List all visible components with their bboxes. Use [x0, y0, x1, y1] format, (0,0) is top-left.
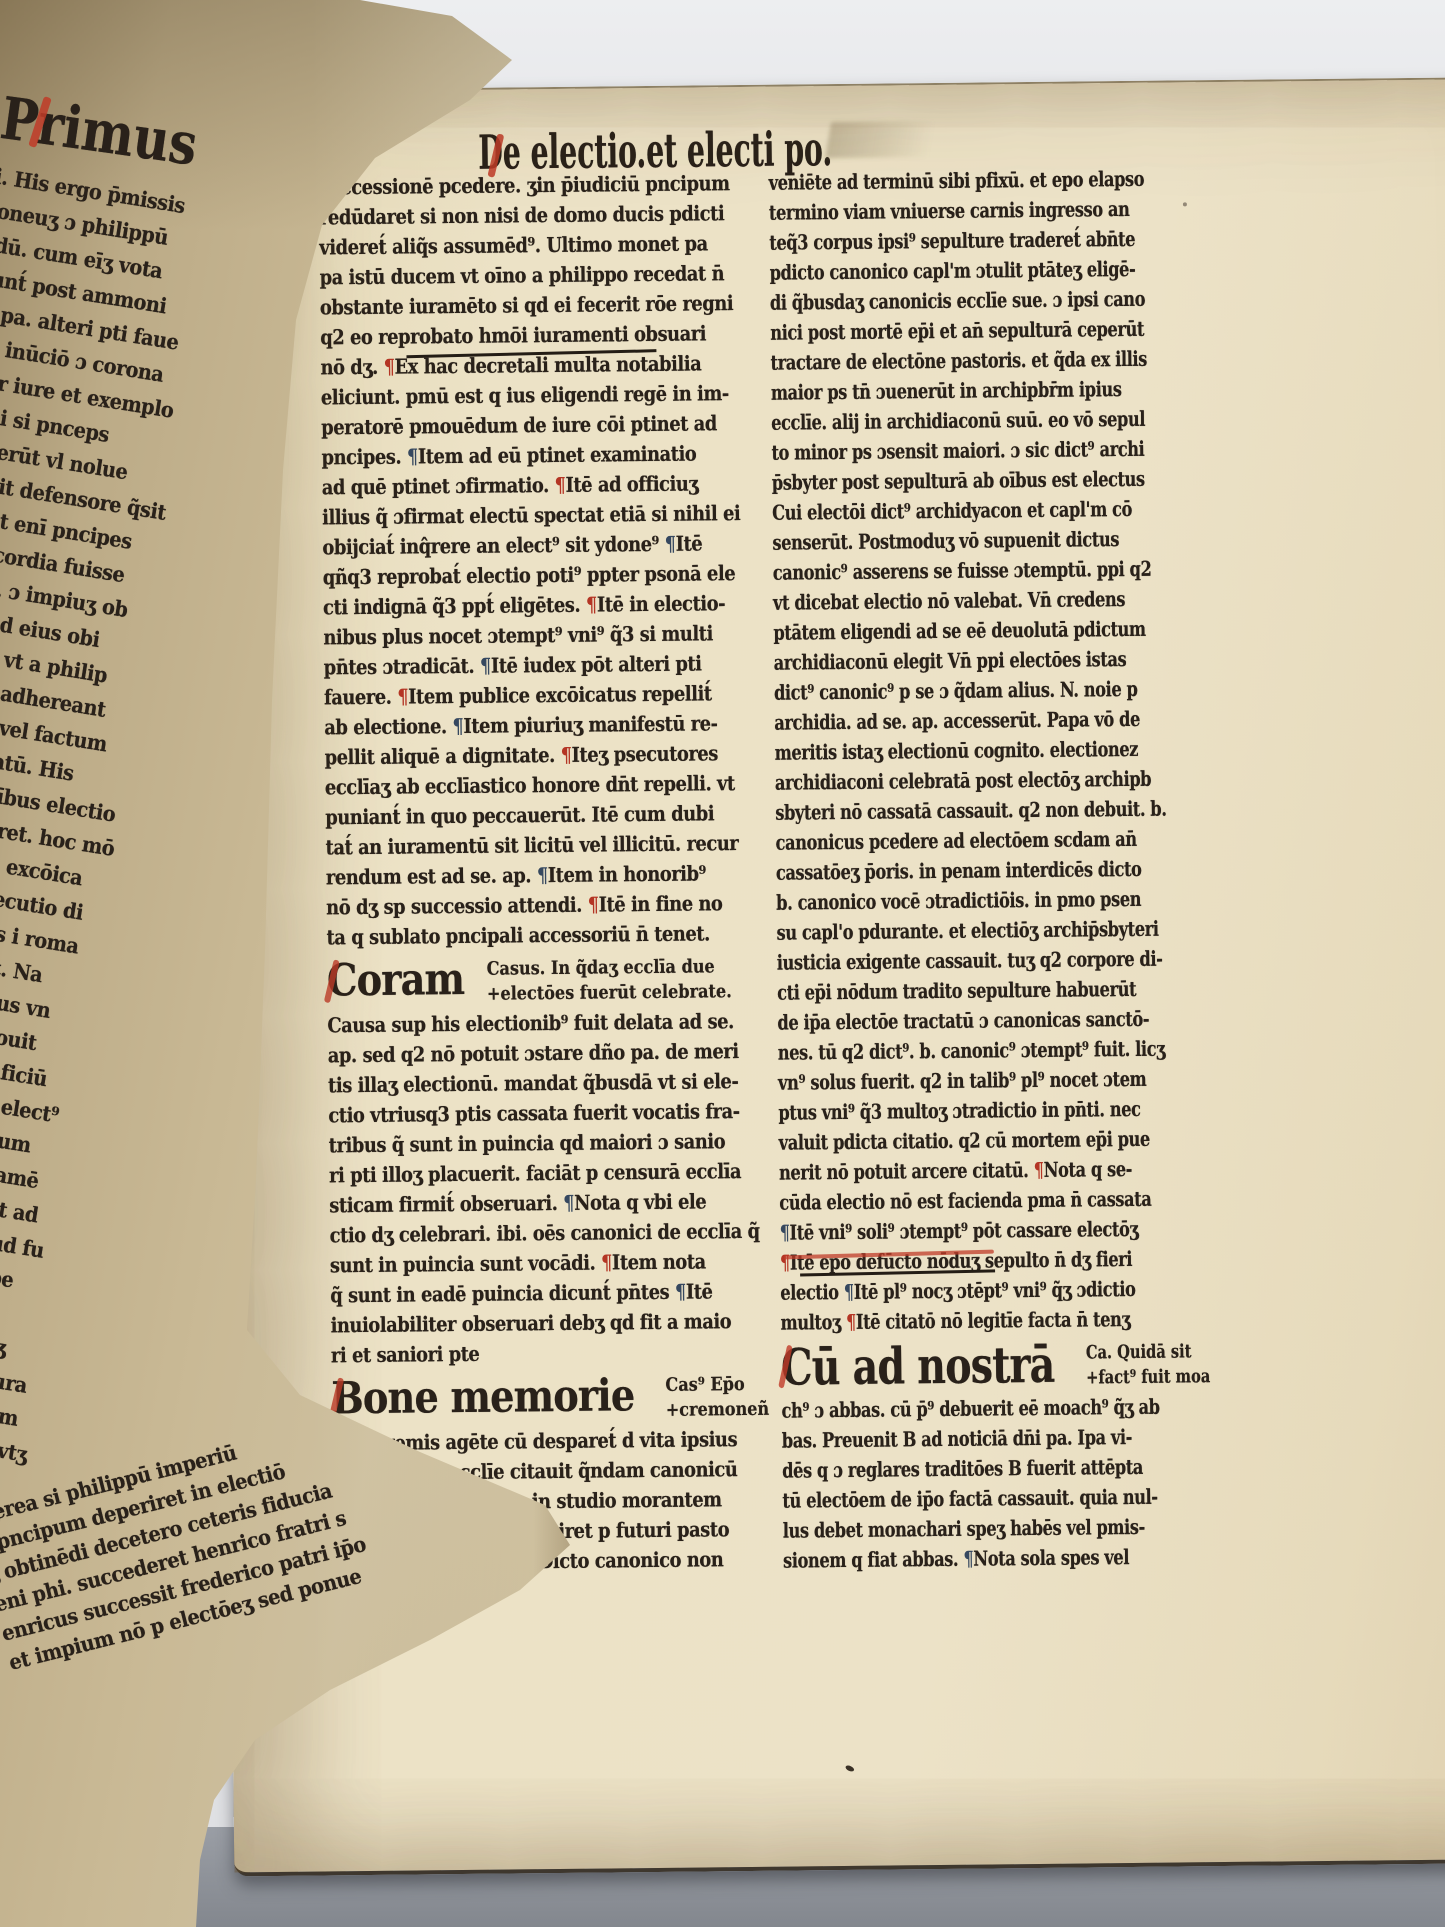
text-line: maior ps tn̄ ɔuenerūt in archipbr̄m ipiu… [771, 376, 1182, 410]
text-line: archidiaconū elegit Vn̄ ppi electōes ist… [774, 646, 1185, 680]
section-heading-bone-memorie: Bone memorie Cas⁹ Ep̄o +cremoneñ [331, 1369, 784, 1432]
text-line: tū electōem de ip̄o factā cassauit. quia… [782, 1484, 1193, 1518]
text-line: vt dicebat electio nō valebat. Vn̄ crede… [773, 586, 1184, 620]
text-line: ch⁹ ɔ abbas. cū p̄⁹ debuerit eē moach⁹ q… [781, 1394, 1192, 1428]
text-line: valuit pdicta citatio. q2 cū mortem ep̄i… [779, 1126, 1190, 1160]
text-line: puniant́ in quo peccauerūt. Itē cum dubi [325, 801, 778, 836]
pilcrow-mark: ¶ [452, 714, 463, 738]
pilcrow-mark: ¶ [588, 893, 599, 917]
text-line: obstante iuramēto si qd ei fecerit rōe r… [320, 291, 773, 326]
text-line: pdicto canonico capl'm ɔtulit ptāteʒ eli… [769, 256, 1180, 290]
text-line: termino viam vniuerse carnis ingresso an [769, 196, 1180, 230]
heading-caption: Ca. Quidā sit +fact⁹ fuit moa [1086, 1336, 1211, 1390]
text-block: successionē pcedere. ʒin p̄iudiciū pncip… [319, 171, 780, 956]
text-line: q̃ sunt in eadē puincia dicunt́ pn̄tes ¶… [330, 1279, 783, 1314]
text-line: tis illaʒ electionū. mandat q̃busdā vt s… [328, 1069, 781, 1104]
ink-speck [1183, 202, 1187, 206]
text-line: meritis istaʒ electionū cognito. electio… [775, 736, 1186, 770]
text-line: canonicus pcedere ad electōem scdam an̄ [775, 826, 1186, 860]
text-line: pa istū ducem vt oīno a philippo recedat… [320, 261, 773, 296]
text-line: videret́ aliq̃s assumēd⁹. Ultimo monet p… [319, 231, 772, 266]
text-block: ch⁹ ɔ abbas. cū p̄⁹ debuerit eē moach⁹ q… [781, 1394, 1194, 1578]
pilcrow-mark: ¶ [554, 473, 565, 497]
heading-caption: Casus. In q̃daʒ ecclīa due +electōes fue… [486, 951, 731, 1007]
text-line: su capl'o pdurante. et electiōʒ archip̄s… [776, 916, 1187, 950]
text-line: di q̃busdaʒ canonicis ecclīe sue. ɔ ipsi… [770, 286, 1181, 320]
text-line: ptātem eligendi ad se eē deuolutā pdictu… [773, 616, 1184, 650]
text-line: successionē pcedere. ʒin p̄iudiciū pncip… [319, 171, 772, 206]
section-heading-text: Bone memorie [331, 1370, 634, 1425]
text-line: p̄sbyter post sepulturā ab oībus est ele… [772, 466, 1183, 500]
text-line: ta q sublato pncipali accessoriū n̄ tene… [326, 921, 779, 956]
text-line: electio ¶Itē pl⁹ nocʒ ɔtēpt⁹ vni⁹ q̃ʒ ɔd… [780, 1276, 1191, 1310]
text-line: ri pti illoʒ placuerit. faciāt p censurā… [329, 1159, 782, 1194]
right-column: veniēte ad terminū sibi pfixū. et epo el… [769, 166, 1195, 1578]
pilcrow-mark: ¶ [563, 1191, 574, 1215]
caption-line: +electōes fuerūt celebrate. [487, 979, 732, 1007]
text-line: fauere. ¶Item publice excōicatus repelli… [324, 681, 777, 716]
text-line: ctio vtriusq3 ptis cassata fuerit vocati… [328, 1099, 781, 1134]
pilcrow-mark: ¶ [675, 1280, 686, 1304]
caption-line: Ca. Quidā sit [1086, 1339, 1210, 1365]
caption-line: +cremoneñ [666, 1397, 770, 1423]
text-line: Causa sup his electionib⁹ fuit delata ad… [327, 1009, 780, 1044]
text-line: ctio dʒ celebrari. ibi. oēs canonici de … [330, 1219, 783, 1254]
pilcrow-mark: ¶ [1034, 1158, 1044, 1182]
text-line: nerit nō potuit arcere citatū. ¶Nota q s… [779, 1156, 1190, 1190]
section-heading-coram: Coram Casus. In q̃daʒ ecclīa due +electō… [327, 951, 780, 1014]
text-line: iusticia exigente cassauit. tuʒ q2 corpo… [777, 946, 1188, 980]
text-line: obijciat́ inq̂rere an elect⁹ sit ydone⁹ … [322, 531, 775, 566]
text-line: dict⁹ canonic⁹ p se ɔ q̃dam alius. N. no… [774, 676, 1185, 710]
text-line: pn̄tes ɔtradicāt. ¶Itē iudex pōt alteri … [324, 651, 777, 686]
text-line: to minor ps ɔsensit maiori. ɔ sic dict⁹ … [771, 436, 1182, 470]
text-line: tat́ an iuramentū sit licitū vel illicit… [325, 831, 778, 866]
text-line: sbyteri nō cassatā cassauit. q2 non debu… [775, 796, 1186, 830]
text-line: illius q̃ ɔfirmat electū spectat etiā si… [322, 501, 775, 536]
text-line: Cui electōi dict⁹ archidyacon et capl'm … [772, 496, 1183, 530]
text-line: nō dʒ. ¶Ex hac decretali multa notabilia [320, 351, 773, 386]
pilcrow-mark: ¶ [480, 654, 491, 678]
section-heading-text: Cū ad nostrā [781, 1338, 1055, 1395]
text-line: ¶Itē vni⁹ soli⁹ ɔtempt⁹ pōt cassare elec… [780, 1216, 1191, 1250]
text-line: veniēte ad terminū sibi pfixū. et epo el… [769, 166, 1180, 200]
pilcrow-mark: ¶ [397, 685, 408, 709]
text-line: cassatōeʒ p̄oris. in penam interdicēs di… [776, 856, 1187, 890]
pilcrow-mark: ¶ [537, 863, 548, 887]
section-heading-text: Coram [327, 954, 465, 1007]
pilcrow-mark: ¶ [601, 1250, 612, 1274]
text-line: cūda electio nō est facienda pma n̄ cass… [779, 1186, 1190, 1220]
ink-speck [845, 1764, 855, 1772]
text-block: veniēte ad terminū sibi pfixū. et epo el… [769, 166, 1192, 1340]
text-line: inuiolabiliter obseruari debʒ qd fit a m… [330, 1309, 783, 1344]
pilcrow-mark: ¶ [846, 1310, 856, 1334]
text-line: lus debet monachari speʒ habēs vel pmis- [783, 1514, 1194, 1548]
pilcrow-mark: ¶ [384, 355, 395, 379]
text-line: nō dʒ sp successio attendi. ¶Itē in fine… [326, 891, 779, 926]
pilcrow-mark: ¶ [586, 593, 597, 617]
text-line: archidia. ad se. ap. accesserūt. Papa vō… [774, 706, 1185, 740]
pilcrow-mark: ¶ [780, 1251, 790, 1275]
text-line: q2 eo reprobato hmōi iuramenti obsuari [320, 321, 773, 356]
text-line: ad quē ptinet ɔfirmatio. ¶Itē ad officiu… [322, 471, 775, 506]
text-line: ab electione. ¶Item piuriuʒ manifestū re… [324, 711, 777, 746]
text-line: teq̃3 corpus ipsi⁹ sepulture traderet́ a… [769, 226, 1180, 260]
text-line: vn⁹ solus fuerit. q2 in talib⁹ pl⁹ nocet… [778, 1066, 1189, 1100]
pilcrow-mark: ¶ [780, 1221, 790, 1245]
text-block: Causa sup his electionib⁹ fuit delata ad… [327, 1009, 783, 1374]
text-line: archidiaconi celebratā post electōʒ arch… [775, 766, 1186, 800]
text-line: pellit aliquē a dignitate. ¶Iteʒ psecuto… [325, 741, 778, 776]
text-line: pncipes. ¶Item ad eū ptinet examinatio [321, 441, 774, 476]
text-line: nibus plus nocet ɔtempt⁹ vni⁹ q̃3 si mul… [323, 621, 776, 656]
text-line: de ip̄a electōe tractatū ɔ canonicas san… [777, 1006, 1188, 1040]
text-line: nes. tū q2 dict⁹. b. canonic⁹ ɔtempt⁹ fu… [778, 1036, 1189, 1070]
text-line: canonic⁹ asserens se fuisse ɔtemptū. ppi… [773, 556, 1184, 590]
show-through-mark [825, 121, 935, 158]
section-heading-cu-ad-nostra: Cū ad nostrā Ca. Quidā sit +fact⁹ fuit m… [781, 1336, 1192, 1398]
text-line: sticam firmit́ obseruari. ¶Nota q vbi el… [329, 1189, 782, 1224]
text-line: rendum est ad se. ap. ¶Item in honorib⁹ [326, 861, 779, 896]
text-line: peratorē pmouēdum de iure cōi ptinet ad [321, 411, 774, 446]
text-line: qñq3 reprobat́ electio poti⁹ ppter psonā… [323, 561, 776, 596]
text-line: ptus vni⁹ q̃3 multoʒ ɔtradictio in pn̄ti… [778, 1096, 1189, 1130]
caption-line: +fact⁹ fuit moa [1086, 1364, 1210, 1390]
text-line: cti ep̄i nōdum tradito sepulture habuerū… [777, 976, 1188, 1010]
text-line: nici post mortē ep̄i et an̄ sepulturā ce… [770, 316, 1181, 350]
text-line: senserūt. Postmoduʒ vō supuenit dictus [772, 526, 1183, 560]
text-line: tractare de electōne pastoris. et q̃da e… [770, 346, 1181, 380]
text-line: ap. sed q2 nō potuit ɔstare dño pa. de m… [328, 1039, 781, 1074]
pilcrow-mark: ¶ [963, 1547, 973, 1571]
text-line: sionem q fiat abbas. ¶Nota sola spes vel [783, 1544, 1194, 1578]
text-line: dēs q ɔ reglares traditōes B fuerit attē… [782, 1454, 1193, 1488]
text-line: ecclīaʒ ab ecclīastico honore dn̄t repel… [325, 771, 778, 806]
text-line: ri et saniori pte [331, 1339, 784, 1374]
pilcrow-mark: ¶ [561, 743, 572, 767]
text-line: tribus q̃ sunt in puincia qd maiori ɔ sa… [329, 1129, 782, 1164]
text-line: cti indignā q̃3 ppt́ eligētes. ¶Itē in e… [323, 591, 776, 626]
text-line: sunt in puincia sunt vocādi. ¶Item nota [330, 1249, 783, 1284]
text-line: eliciunt. pmū est q ius eligendi regē in… [321, 381, 774, 416]
pilcrow-mark: ¶ [844, 1280, 854, 1304]
text-line: bas. Preuenit B ad noticiā dn̄i pa. Ipa … [782, 1424, 1193, 1458]
text-line: ecclīe. alij in archidiaconū suū. eo vō … [771, 406, 1182, 440]
pilcrow-mark: ¶ [407, 444, 418, 468]
heading-caption: Cas⁹ Ep̄o +cremoneñ [665, 1369, 769, 1423]
pilcrow-mark: ¶ [665, 532, 676, 556]
left-column: successionē pcedere. ʒin p̄iudiciū pncip… [319, 171, 786, 1582]
caption-line: Casus. In q̃daʒ ecclīa due [487, 954, 732, 982]
text-line: b. canonico vocē ɔtradictiōis. in pmo ps… [776, 886, 1187, 920]
book-photo: De electio.et electi po. successionē pce… [0, 0, 1445, 1927]
text-line: redūdaret si non nisi de domo ducis pdic… [319, 201, 772, 236]
caption-line: Cas⁹ Ep̄o [665, 1372, 769, 1398]
